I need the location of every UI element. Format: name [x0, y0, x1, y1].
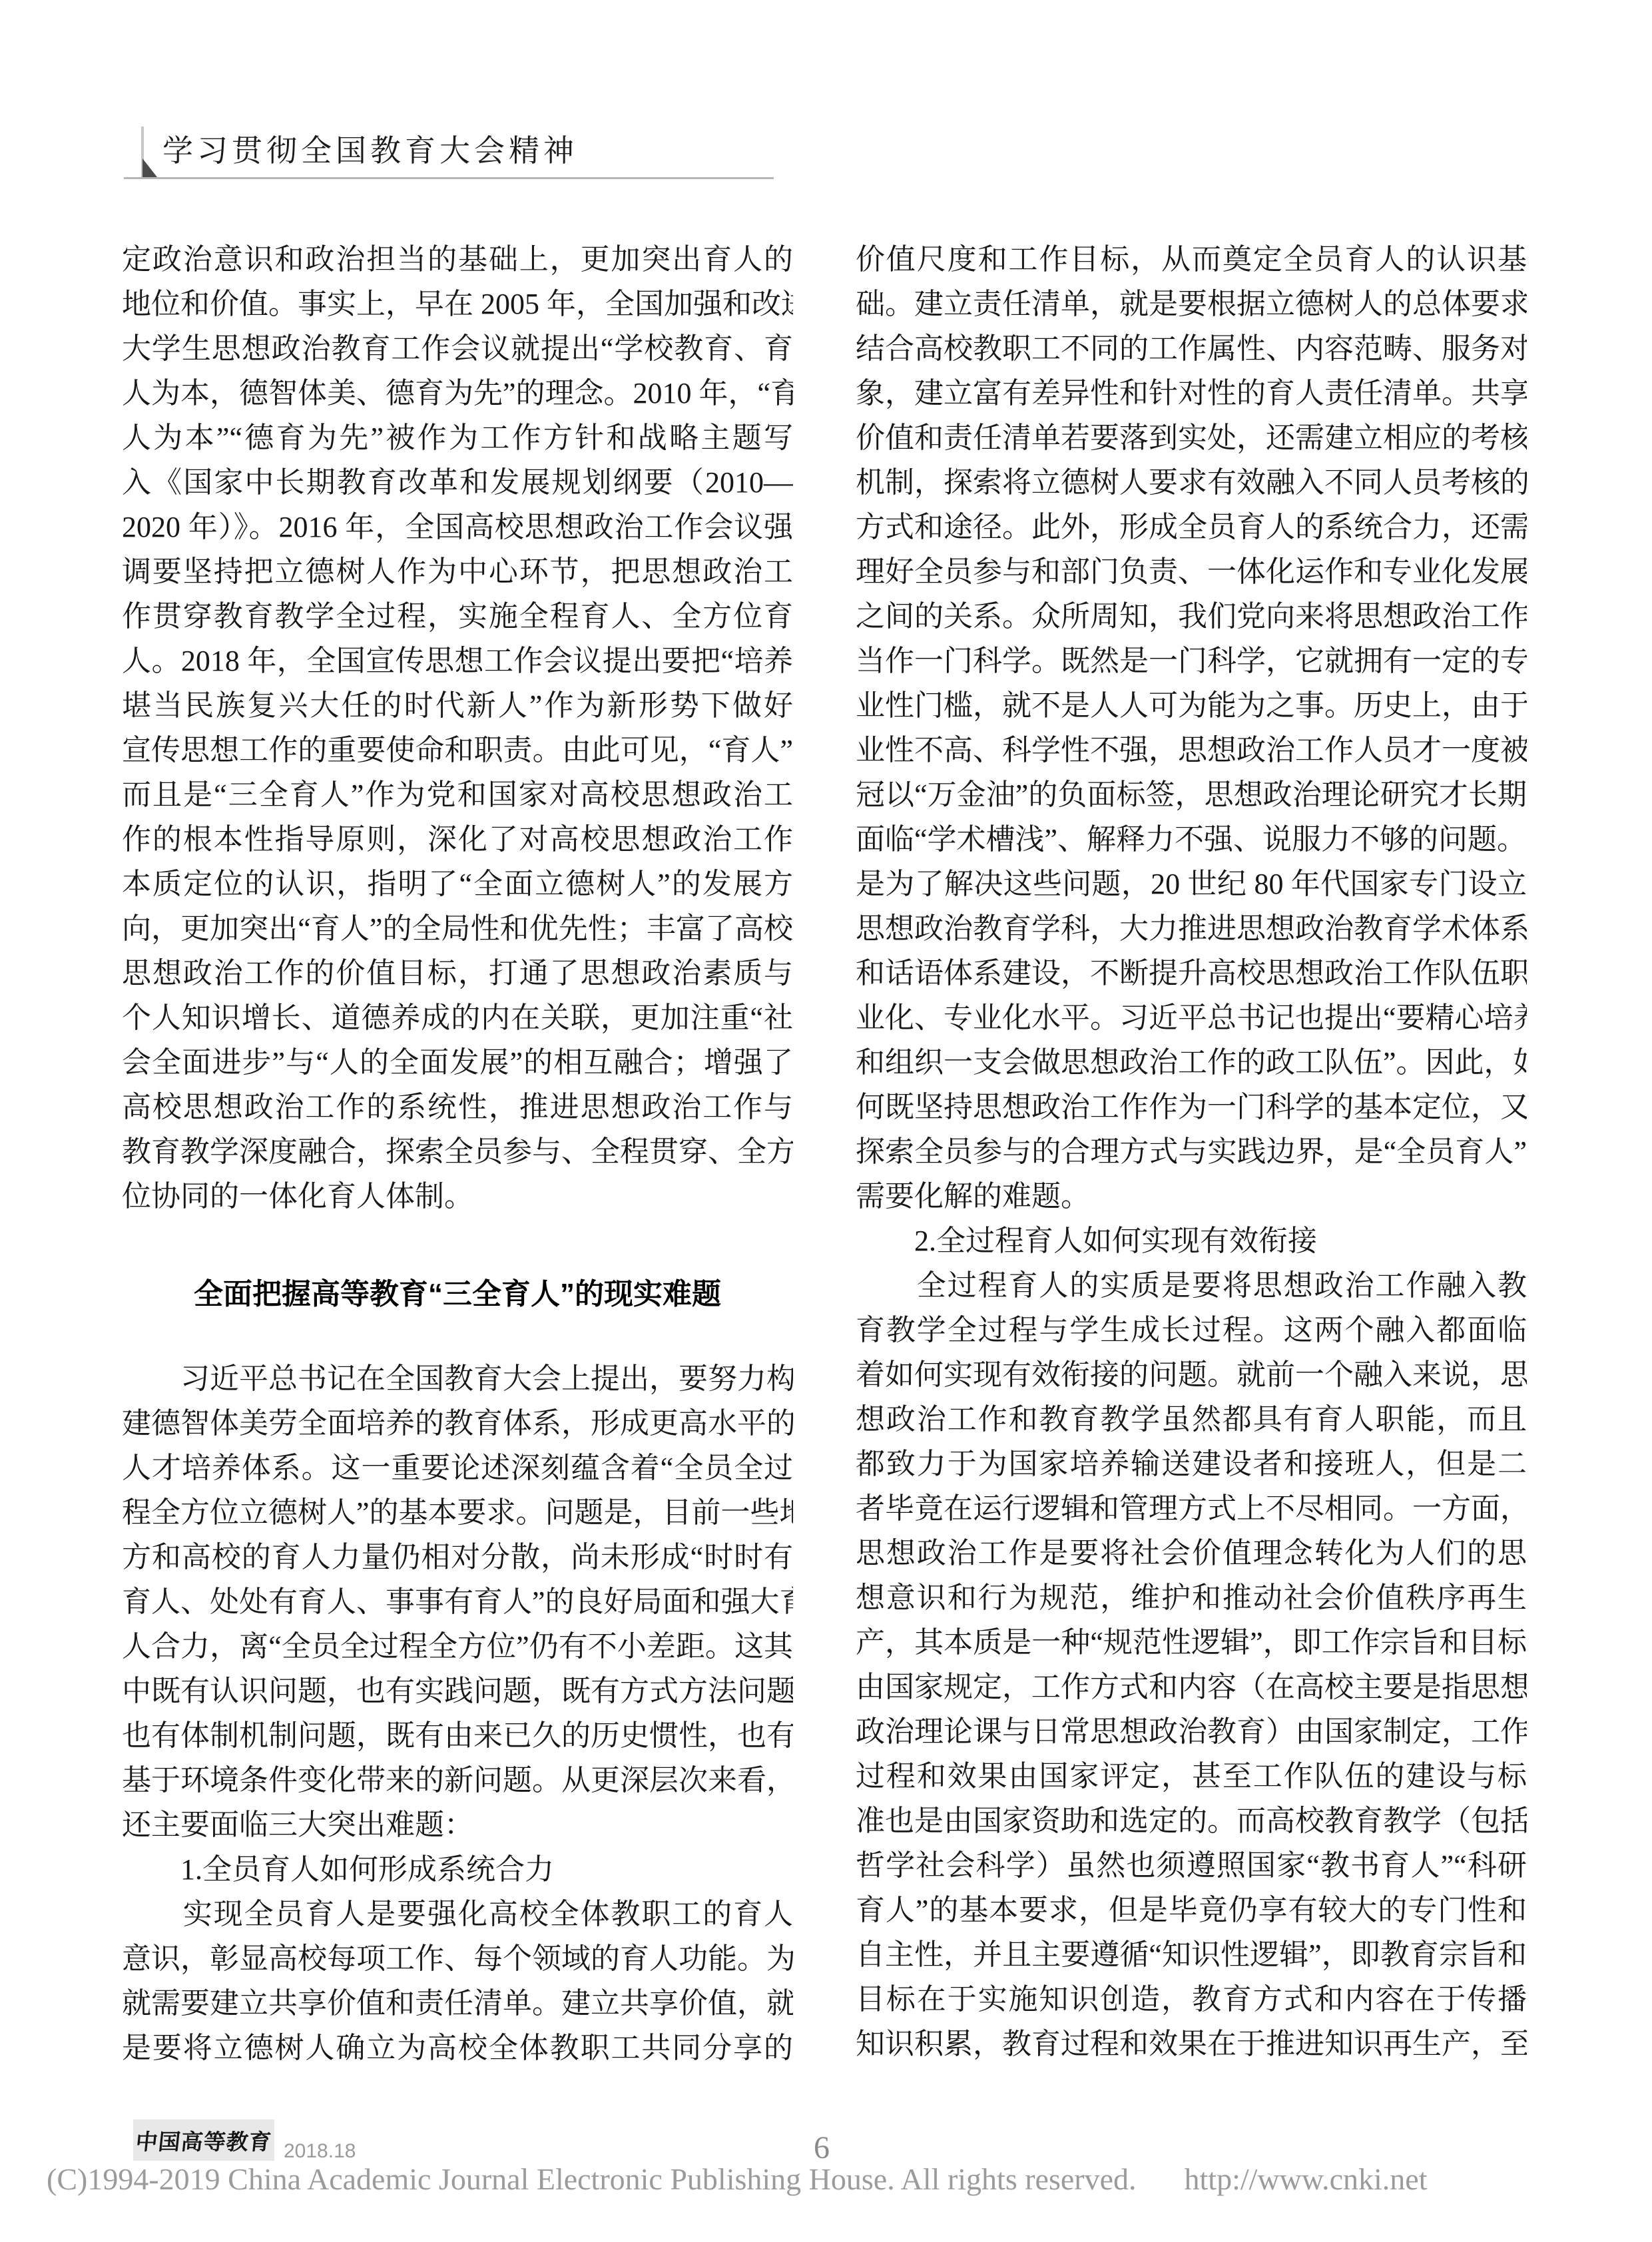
text-line: 结合高校教职工不同的工作属性、内容范畴、服务对 — [856, 326, 1527, 371]
text-line: 政治理论课与日常思想政治教育）由国家制定，工作 — [856, 1709, 1527, 1754]
text-line: 人才培养体系。这一重要论述深刻蕴含着“全员全过 — [122, 1446, 793, 1490]
text-line: 地位和价值。事实上，早在 2005 年，全国加强和改进 — [122, 282, 793, 326]
paragraph-continued: 价值尺度和工作目标，从而奠定全员育人的认识基础。建立责任清单，就是要根据立德树人… — [856, 237, 1527, 1219]
journal-logo-text: 中国高等教育 — [135, 2125, 274, 2156]
text-line: 人为本，德智体美、德育为先”的理念。2010 年，“育 — [122, 371, 793, 416]
text-line: 准也是由国家资助和选定的。而高校教育教学（包括 — [856, 1799, 1527, 1843]
text-line: 由国家规定，工作方式和内容（在高校主要是指思想 — [856, 1665, 1527, 1709]
paragraph-continued: 定政治意识和政治担当的基础上，更加突出育人的地位和价值。事实上，早在 2005 … — [122, 237, 793, 1219]
left-column: 定政治意识和政治担当的基础上，更加突出育人的地位和价值。事实上，早在 2005 … — [122, 237, 793, 2070]
text-line: 全过程育人的实质是要将思想政治工作融入教 — [856, 1263, 1527, 1308]
paragraph: 全过程育人的实质是要将思想政治工作融入教育教学全过程与学生成长过程。这两个融入都… — [856, 1263, 1527, 2066]
column-header-title: 学习贯彻全国教育大会精神 — [124, 125, 774, 176]
copyright-line: (C)1994-2019 China Academic Journal Elec… — [47, 2161, 1428, 2197]
subsection-heading-2: 2.全过程育人如何实现有效衔接 — [856, 1219, 1527, 1263]
text-line: 机制，探索将立德树人要求有效融入不同人员考核的 — [856, 460, 1527, 505]
text-line: 入《国家中长期教育改革和发展规划纲要（2010— — [122, 460, 793, 505]
journal-logo: 中国高等教育 — [133, 2119, 274, 2161]
text-line: 意识，彰显高校每项工作、每个领域的育人功能。为此 — [122, 1936, 793, 1981]
text-line: 探索全员参与的合理方式与实践边界，是“全员育人” — [856, 1129, 1527, 1174]
text-line: 础。建立责任清单，就是要根据立德树人的总体要求， — [856, 282, 1527, 326]
text-line: 人为本”“德育为先”被作为工作方针和战略主题写 — [122, 416, 793, 460]
text-line: 中既有认识问题，也有实践问题，既有方式方法问题， — [122, 1669, 793, 1713]
scanned-paper-page: 学习贯彻全国教育大会精神 定政治意识和政治担当的基础上，更加突出育人的地位和价值… — [0, 0, 1652, 2242]
text-line: 业化、专业化水平。习近平总书记也提出“要精心培养 — [856, 995, 1527, 1040]
text-line: 是要将立德树人确立为高校全体教职工共同分享的 — [122, 2026, 793, 2070]
text-line: 定政治意识和政治担当的基础上，更加突出育人的 — [122, 237, 793, 282]
text-line: 目标在于实施知识创造，教育方式和内容在于传播 — [856, 1977, 1527, 2022]
text-line: 理好全员参与和部门负责、一体化运作和专业化发展 — [856, 549, 1527, 594]
text-line: 程全方位立德树人”的基本要求。问题是，目前一些地 — [122, 1490, 793, 1535]
text-line: 建德智体美劳全面培养的教育体系，形成更高水平的 — [122, 1401, 793, 1446]
text-line: 想意识和行为规范，维护和推动社会价值秩序再生 — [856, 1575, 1527, 1620]
text-line: 高校思想政治工作的系统性，推进思想政治工作与 — [122, 1085, 793, 1129]
text-line: 还主要面临三大突出难题： — [122, 1803, 793, 1847]
text-line: 面临“学术槽浅”、解释力不强、说服力不够的问题。正 — [856, 817, 1527, 862]
text-line: 育人”的基本要求，但是毕竟仍享有较大的专门性和 — [856, 1888, 1527, 1932]
text-line: 业性不高、科学性不强，思想政治工作人员才一度被 — [856, 728, 1527, 772]
text-line: 都致力于为国家培养输送建设者和接班人，但是二 — [856, 1442, 1527, 1486]
text-line: 作贯穿教育教学全过程，实施全程育人、全方位育 — [122, 594, 793, 639]
text-line: 基于环境条件变化带来的新问题。从更深层次来看， — [122, 1758, 793, 1803]
text-line: 就需要建立共享价值和责任清单。建立共享价值，就 — [122, 1981, 793, 2026]
text-line: 想政治工作和教育教学虽然都具有育人职能，而且 — [856, 1397, 1527, 1442]
text-line: 思想政治工作的价值目标，打通了思想政治素质与 — [122, 951, 793, 995]
text-line: 业性门槛，就不是人人可为能为之事。历史上，由于专 — [856, 683, 1527, 728]
text-line: 者毕竟在运行逻辑和管理方式上不尽相同。一方面， — [856, 1486, 1527, 1531]
text-line: 育教学全过程与学生成长过程。这两个融入都面临 — [856, 1308, 1527, 1352]
text-line: 人。2018 年，全国宣传思想工作会议提出要把“培养 — [122, 639, 793, 683]
text-line: 是为了解决这些问题，20 世纪 80 年代国家专门设立 — [856, 862, 1527, 906]
paragraph: 习近平总书记在全国教育大会上提出，要努力构建德智体美劳全面培养的教育体系，形成更… — [122, 1356, 793, 1847]
text-line: 需要化解的难题。 — [856, 1174, 1527, 1219]
text-line: 象，建立富有差异性和针对性的育人责任清单。共享 — [856, 371, 1527, 416]
text-line: 和话语体系建设，不断提升高校思想政治工作队伍职 — [856, 951, 1527, 995]
text-line: 也有体制机制问题，既有由来已久的历史惯性，也有 — [122, 1713, 793, 1758]
text-line: 价值尺度和工作目标，从而奠定全员育人的认识基 — [856, 237, 1527, 282]
text-line: 之间的关系。众所周知，我们党向来将思想政治工作 — [856, 594, 1527, 639]
text-line: 堪当民族复兴大任的时代新人”作为新形势下做好 — [122, 683, 793, 728]
text-line: 向，更加突出“育人”的全局性和优先性；丰富了高校 — [122, 906, 793, 951]
text-line: 方式和途径。此外，形成全员育人的系统合力，还需处 — [856, 505, 1527, 549]
text-line: 知识积累，教育过程和效果在于推进知识再生产，至 — [856, 2022, 1527, 2066]
page-header: 学习贯彻全国教育大会精神 — [124, 125, 774, 179]
text-line: 自主性，并且主要遵循“知识性逻辑”，即教育宗旨和 — [856, 1932, 1527, 1977]
text-line: 育人、处处有育人、事事有育人”的良好局面和强大育 — [122, 1579, 793, 1624]
text-line: 宣传思想工作的重要使命和职责。由此可见，“育人” — [122, 728, 793, 772]
text-line: 位协同的一体化育人体制。 — [122, 1174, 793, 1219]
text-line: 思想政治教育学科，大力推进思想政治教育学术体系 — [856, 906, 1527, 951]
text-line: 价值和责任清单若要落到实处，还需建立相应的考核 — [856, 416, 1527, 460]
text-line: 教育教学深度融合，探索全员参与、全程贯穿、全方 — [122, 1129, 793, 1174]
text-line: 当作一门科学。既然是一门科学，它就拥有一定的专 — [856, 639, 1527, 683]
text-line: 思想政治工作是要将社会价值理念转化为人们的思 — [856, 1531, 1527, 1575]
text-line: 产，其本质是一种“规范性逻辑”，即工作宗旨和目标 — [856, 1620, 1527, 1665]
text-line: 冠以“万金油”的负面标签，思想政治理论研究才长期 — [856, 772, 1527, 817]
text-line: 着如何实现有效衔接的问题。就前一个融入来说，思 — [856, 1352, 1527, 1397]
page-number: 6 — [814, 2129, 830, 2166]
text-line: 过程和效果由国家评定，甚至工作队伍的建设与标 — [856, 1754, 1527, 1799]
text-line: 大学生思想政治教育工作会议就提出“学校教育、育 — [122, 326, 793, 371]
text-line: 本质定位的认识，指明了“全面立德树人”的发展方 — [122, 862, 793, 906]
text-line: 人合力，离“全员全过程全方位”仍有不小差距。这其 — [122, 1624, 793, 1669]
text-line: 调要坚持把立德树人作为中心环节，把思想政治工 — [122, 549, 793, 594]
text-line: 何既坚持思想政治工作作为一门科学的基本定位，又 — [856, 1085, 1527, 1129]
issue-number: 2018.18 — [284, 2140, 356, 2163]
subsection-heading-1: 1.全员育人如何形成系统合力 — [122, 1847, 793, 1892]
text-line: 哲学社会科学）虽然也须遵照国家“教书育人”“科研 — [856, 1843, 1527, 1888]
copyright-text: (C)1994-2019 China Academic Journal Elec… — [47, 2161, 1137, 2197]
section-heading: 全面把握高等教育“三全育人”的现实难题 — [122, 1272, 793, 1316]
text-line: 作的根本性指导原则，深化了对高校思想政治工作 — [122, 817, 793, 862]
paragraph: 实现全员育人是要强化高校全体教职工的育人意识，彰显高校每项工作、每个领域的育人功… — [122, 1892, 793, 2070]
text-line: 习近平总书记在全国教育大会上提出，要努力构 — [122, 1356, 793, 1401]
header-triangle-mark — [142, 158, 157, 177]
text-line: 而且是“三全育人”作为党和国家对高校思想政治工 — [122, 772, 793, 817]
publisher-url: http://www.cnki.net — [1185, 2161, 1428, 2197]
text-line: 和组织一支会做思想政治工作的政工队伍”。因此，如 — [856, 1040, 1527, 1085]
text-line: 2020 年）》。2016 年，全国高校思想政治工作会议强 — [122, 505, 793, 549]
text-line: 方和高校的育人力量仍相对分散，尚未形成“时时有 — [122, 1535, 793, 1579]
right-column: 价值尺度和工作目标，从而奠定全员育人的认识基础。建立责任清单，就是要根据立德树人… — [856, 237, 1527, 2066]
text-line: 会全面进步”与“人的全面发展”的相互融合；增强了 — [122, 1040, 793, 1085]
text-line: 实现全员育人是要强化高校全体教职工的育人 — [122, 1892, 793, 1936]
text-line: 个人知识增长、道德养成的内在关联，更加注重“社 — [122, 995, 793, 1040]
